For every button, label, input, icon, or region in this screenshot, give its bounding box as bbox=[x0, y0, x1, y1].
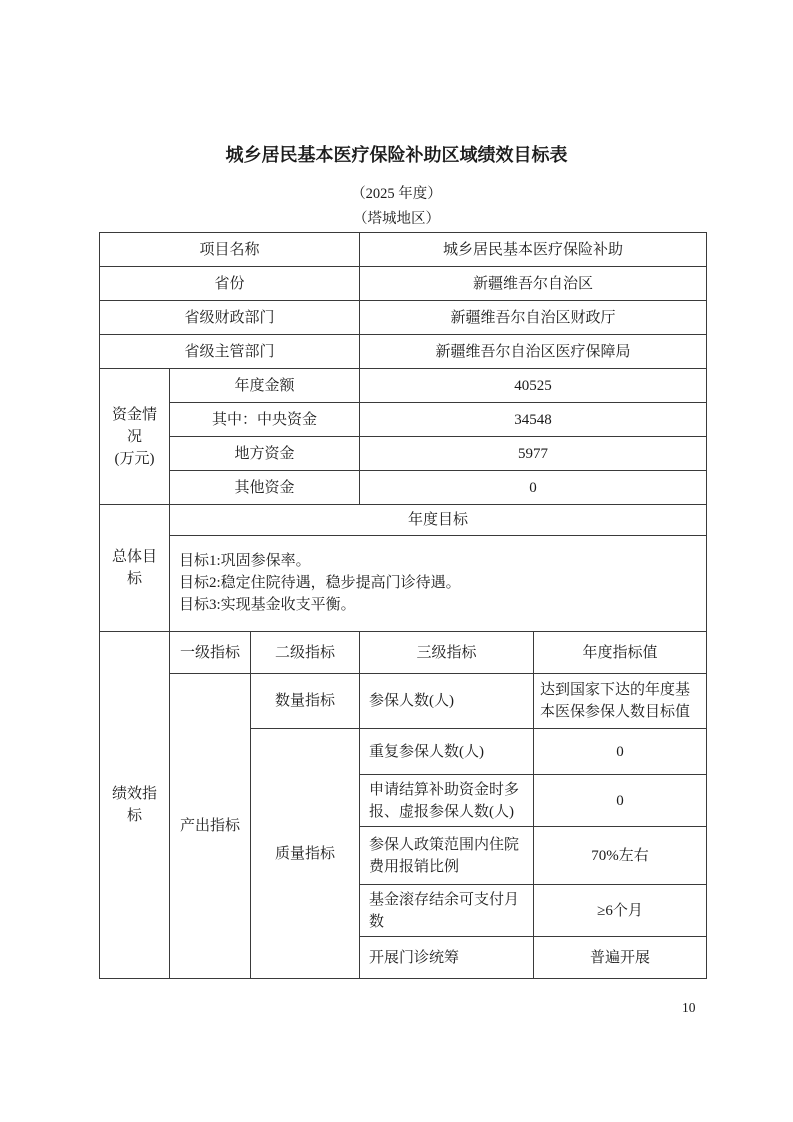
indicator-name-reimbursement: 参保人政策范围内住院费用报销比例 bbox=[360, 827, 534, 885]
page-number: 10 bbox=[682, 1000, 696, 1016]
overall-goal-section-label: 总体目标 bbox=[100, 505, 170, 632]
funding-section-title: 资金情况 bbox=[106, 404, 163, 448]
funding-row: 其他资金 0 bbox=[100, 471, 707, 505]
indicator-name-overreport: 申请结算补助资金时多报、虚报参保人数(人) bbox=[360, 775, 534, 827]
info-label-province: 省份 bbox=[100, 267, 360, 301]
info-value-competent-dept: 新疆维吾尔自治区医疗保障局 bbox=[360, 335, 707, 369]
indicator-name-duplicate: 重复参保人数(人) bbox=[360, 729, 534, 775]
indicators-section-label: 绩效指标 bbox=[100, 632, 170, 979]
info-label-finance-dept: 省级财政部门 bbox=[100, 301, 360, 335]
goal-line-3: 目标3:实现基金收支平衡。 bbox=[179, 594, 698, 616]
header-level2: 二级指标 bbox=[251, 632, 360, 674]
indicator-value-fund-balance: ≥6个月 bbox=[534, 885, 707, 937]
info-value-province: 新疆维吾尔自治区 bbox=[360, 267, 707, 301]
header-level3: 三级指标 bbox=[360, 632, 534, 674]
indicator-value-duplicate: 0 bbox=[534, 729, 707, 775]
goal-line-2: 目标2:稳定住院待遇，稳步提高门诊待遇。 bbox=[179, 572, 698, 594]
info-label-project: 项目名称 bbox=[100, 233, 360, 267]
subtitle-region: （塔城地区） bbox=[0, 209, 793, 229]
indicator-name-outpatient: 开展门诊统筹 bbox=[360, 937, 534, 979]
funding-label-central: 其中：中央资金 bbox=[170, 403, 360, 437]
info-row: 省级主管部门 新疆维吾尔自治区医疗保障局 bbox=[100, 335, 707, 369]
info-row: 项目名称 城乡居民基本医疗保险补助 bbox=[100, 233, 707, 267]
header-annual-value: 年度指标值 bbox=[534, 632, 707, 674]
indicator-value-enrollment: 达到国家下达的年度基本医保参保人数目标值 bbox=[534, 674, 707, 729]
annual-goal-header: 年度目标 bbox=[170, 505, 707, 536]
funding-label-other: 其他资金 bbox=[170, 471, 360, 505]
funding-row: 地方资金 5977 bbox=[100, 437, 707, 471]
level1-output-cell: 产出指标 bbox=[170, 674, 251, 979]
goal-line-1: 目标1:巩固参保率。 bbox=[179, 550, 698, 572]
indicator-value-reimbursement: 70%左右 bbox=[534, 827, 707, 885]
level2-quantity-cell: 数量指标 bbox=[251, 674, 360, 729]
indicator-name-enrollment: 参保人数(人) bbox=[360, 674, 534, 729]
subtitle-year: （2025 年度） bbox=[0, 184, 793, 204]
funding-value-local: 5977 bbox=[360, 437, 707, 471]
info-label-competent-dept: 省级主管部门 bbox=[100, 335, 360, 369]
funding-label-annual: 年度金额 bbox=[170, 369, 360, 403]
indicator-value-outpatient: 普遍开展 bbox=[534, 937, 707, 979]
funding-section-label: 资金情况 (万元) bbox=[100, 369, 170, 505]
info-row: 省份 新疆维吾尔自治区 bbox=[100, 267, 707, 301]
info-row: 省级财政部门 新疆维吾尔自治区财政厅 bbox=[100, 301, 707, 335]
indicators-header-row: 绩效指标 一级指标 二级指标 三级指标 年度指标值 bbox=[100, 632, 707, 674]
indicator-row: 产出指标 数量指标 参保人数(人) 达到国家下达的年度基本医保参保人数目标值 bbox=[100, 674, 707, 729]
indicator-name-fund-balance: 基金滚存结余可支付月数 bbox=[360, 885, 534, 937]
annual-goal-list: 目标1:巩固参保率。 目标2:稳定住院待遇，稳步提高门诊待遇。 目标3:实现基金… bbox=[170, 536, 707, 632]
overall-goal-body-row: 目标1:巩固参保率。 目标2:稳定住院待遇，稳步提高门诊待遇。 目标3:实现基金… bbox=[100, 536, 707, 632]
level2-quality-cell: 质量指标 bbox=[251, 729, 360, 979]
overall-goal-header-row: 总体目标 年度目标 bbox=[100, 505, 707, 536]
header-level1: 一级指标 bbox=[170, 632, 251, 674]
funding-section-unit: (万元) bbox=[106, 448, 163, 470]
funding-value-central: 34548 bbox=[360, 403, 707, 437]
info-value-project: 城乡居民基本医疗保险补助 bbox=[360, 233, 707, 267]
funding-row: 其中：中央资金 34548 bbox=[100, 403, 707, 437]
funding-value-annual: 40525 bbox=[360, 369, 707, 403]
performance-target-table: 项目名称 城乡居民基本医疗保险补助 省份 新疆维吾尔自治区 省级财政部门 新疆维… bbox=[99, 232, 707, 979]
info-value-finance-dept: 新疆维吾尔自治区财政厅 bbox=[360, 301, 707, 335]
indicator-value-overreport: 0 bbox=[534, 775, 707, 827]
funding-value-other: 0 bbox=[360, 471, 707, 505]
page-title: 城乡居民基本医疗保险补助区域绩效目标表 bbox=[0, 142, 793, 168]
funding-label-local: 地方资金 bbox=[170, 437, 360, 471]
funding-row: 资金情况 (万元) 年度金额 40525 bbox=[100, 369, 707, 403]
